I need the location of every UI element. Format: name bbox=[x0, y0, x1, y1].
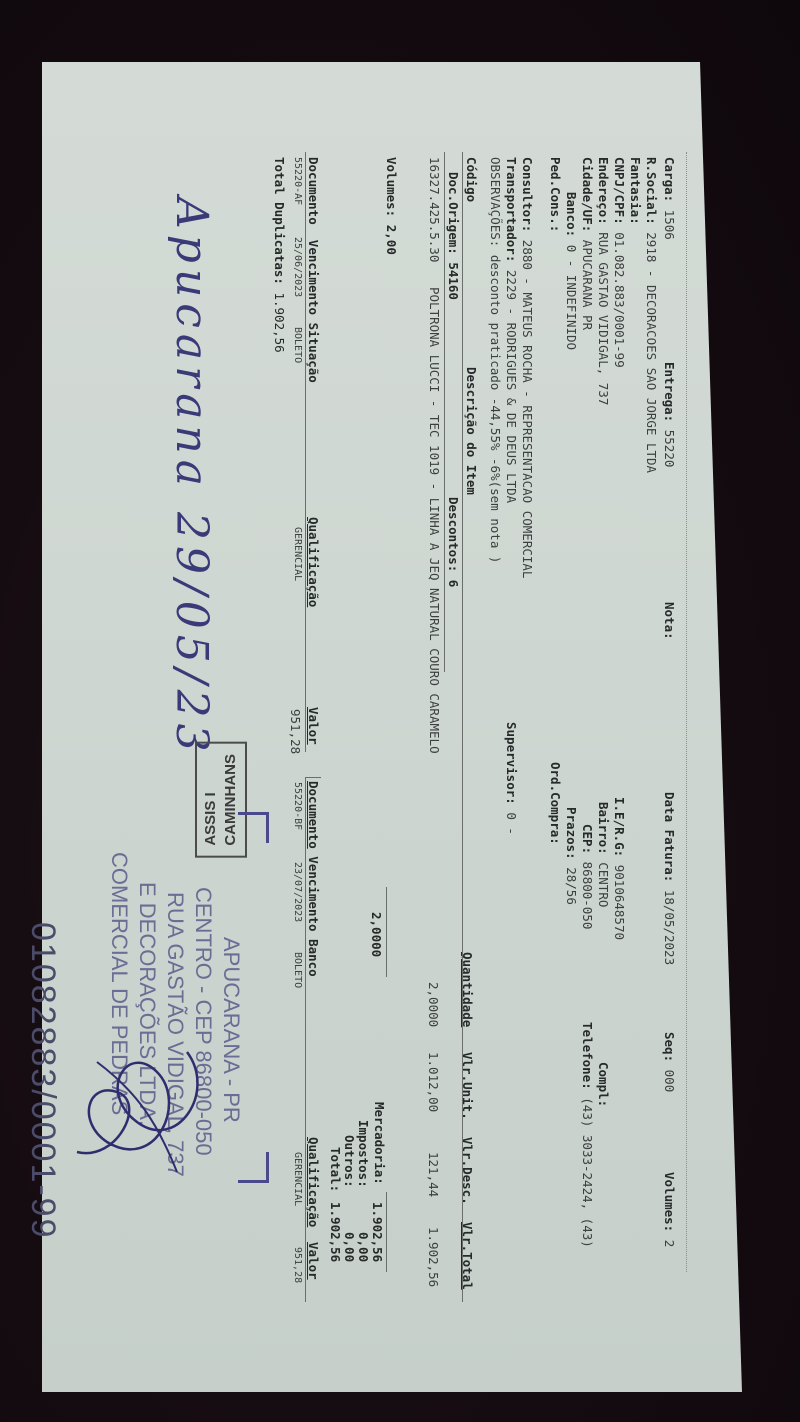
total-quantidade: 2,0000 bbox=[369, 912, 384, 957]
dup-left-documento: 55220-AF bbox=[292, 157, 303, 205]
endereco-field: Endereço: RUA GASTAO VIDIGAL, 737 bbox=[596, 157, 611, 405]
dup-right-qualificacao: GERENCIAL bbox=[292, 1152, 303, 1206]
handwritten-place-date: Apucarana 29/05/23 bbox=[166, 197, 217, 758]
banco-field: Banco: 0 - INDEFINIDO bbox=[564, 192, 579, 350]
carga-field: Carga: 1506 bbox=[662, 157, 677, 240]
col-codigo: Código bbox=[464, 157, 479, 202]
dup-left-vencimento: 25/06/2023 bbox=[292, 237, 303, 297]
dup-left-header: Documento Vencimento Situação bbox=[306, 157, 321, 383]
dup-right-valor: 951,28 bbox=[292, 1247, 303, 1283]
table-header-rule bbox=[462, 152, 463, 1302]
dup-left-valor-header: Valor bbox=[306, 707, 321, 745]
dup-left-situacao: BOLETO bbox=[292, 327, 303, 363]
totals-rule bbox=[386, 1192, 387, 1272]
dup-right-valor-header: Valor bbox=[306, 1242, 321, 1280]
total-duplicatas: Total Duplicatas: 1.902,56 bbox=[272, 157, 287, 353]
total-value: 1.902,56 bbox=[328, 1202, 343, 1262]
item-quantidade: 2,0000 bbox=[426, 982, 441, 1027]
volumes-field: Volumes: 2 bbox=[662, 1172, 677, 1247]
receipt-photo: Carga: 1506 Entrega: 55220 Nota: Data Fa… bbox=[42, 62, 742, 1392]
outros-label: Outros: bbox=[342, 1135, 357, 1188]
dup-right-documento: 55220-BF bbox=[292, 782, 303, 830]
col-descricao: Descrição do Item bbox=[464, 367, 479, 495]
dup-right-banco: BOLETO bbox=[292, 952, 303, 988]
ped-cons-field: Ped.Cons.: bbox=[548, 157, 563, 240]
impostos-value: 0,00 bbox=[356, 1232, 371, 1262]
doc-origem-field: Doc.Origem: 54160 bbox=[446, 172, 461, 300]
dup-left-qualificacao: GERENCIAL bbox=[292, 527, 303, 581]
ie-field: I.E/R.G: 9010648570 bbox=[612, 797, 627, 940]
fantasia-field: Fantasia: bbox=[628, 157, 643, 232]
data-fatura-field: Data Fatura: 18/05/2023 bbox=[662, 792, 677, 965]
item-codigo: 16327.425.5.30 bbox=[427, 157, 442, 262]
razao-social-field: R.Social: 2918 - DECORACOES SAO JORGE LT… bbox=[644, 157, 659, 473]
header-divider bbox=[686, 152, 687, 1272]
telefone-field: Telefone: (43) 3033-2424, (43) bbox=[580, 1022, 595, 1248]
dup-right-qualificacao-header: Qualificação bbox=[306, 1137, 321, 1227]
consultor-field: Consultor: 2880 - MATEUS ROCHA - REPRESE… bbox=[520, 157, 535, 578]
stamp-bracket-top-left bbox=[238, 812, 269, 843]
item-descricao: POLTRONA LUCCI - TEC 1019 - LINHA A JEQ … bbox=[427, 287, 442, 754]
dup-left-rule bbox=[305, 152, 306, 752]
nota-field: Nota: bbox=[662, 602, 677, 647]
cnpj-field: CNPJ/CPF: 01.082.883/0001-99 bbox=[612, 157, 627, 368]
entrega-field: Entrega: 55220 bbox=[662, 362, 677, 467]
dup-right-header: Documento Vencimento Banco bbox=[306, 777, 321, 977]
receipt-paper bbox=[42, 62, 742, 1392]
mercadoria-label: Mercadoria: bbox=[372, 1102, 387, 1185]
cnpj-stamp: 01082883/0001-99 bbox=[23, 922, 62, 1240]
item-vlr-total: 1.902,56 bbox=[426, 1227, 441, 1287]
dup-right-vencimento: 23/07/2023 bbox=[292, 862, 303, 922]
cidade-field: Cidade/UF: APUCARANA PR bbox=[580, 157, 595, 330]
bairro-field: Bairro: CENTRO bbox=[596, 802, 611, 907]
ord-compra-field: Ord.Compra: bbox=[548, 762, 563, 852]
seq-field: Seq: 000 bbox=[662, 1032, 677, 1092]
dup-right-rule bbox=[305, 777, 306, 1302]
cep-field: CEP: 86800-050 bbox=[580, 824, 595, 929]
prazos-field: Prazos: 28/56 bbox=[564, 807, 579, 905]
qty-total-rule bbox=[386, 887, 387, 977]
dup-left-qualificacao-header: Qualificação bbox=[306, 517, 321, 607]
doc-origem-rule bbox=[444, 152, 445, 672]
observacoes-field: OBSERVAÇÕES: desconto praticado -44,55% … bbox=[488, 157, 503, 563]
outros-value: 0,00 bbox=[342, 1232, 357, 1262]
signature bbox=[57, 1032, 217, 1182]
descontos-field: Descontos: 6 bbox=[446, 497, 461, 587]
transportador-field: Transportador: 2229 - RODRIGUES & DE DEU… bbox=[504, 157, 519, 503]
compl-field: Compl: bbox=[596, 1062, 611, 1115]
supervisor-field: Supervisor: 0 - bbox=[504, 722, 519, 835]
total-label: Total: bbox=[328, 1147, 343, 1192]
item-vlr-desc: 121,44 bbox=[426, 1152, 441, 1197]
mercadoria-value: 1.902,56 bbox=[370, 1202, 385, 1262]
impostos-label: Impostos: bbox=[356, 1120, 371, 1188]
item-vlr-unit: 1.012,00 bbox=[426, 1052, 441, 1112]
volumes-total-field: Volumes: 2,00 bbox=[384, 157, 399, 255]
dup-left-valor: 951,28 bbox=[288, 709, 303, 754]
